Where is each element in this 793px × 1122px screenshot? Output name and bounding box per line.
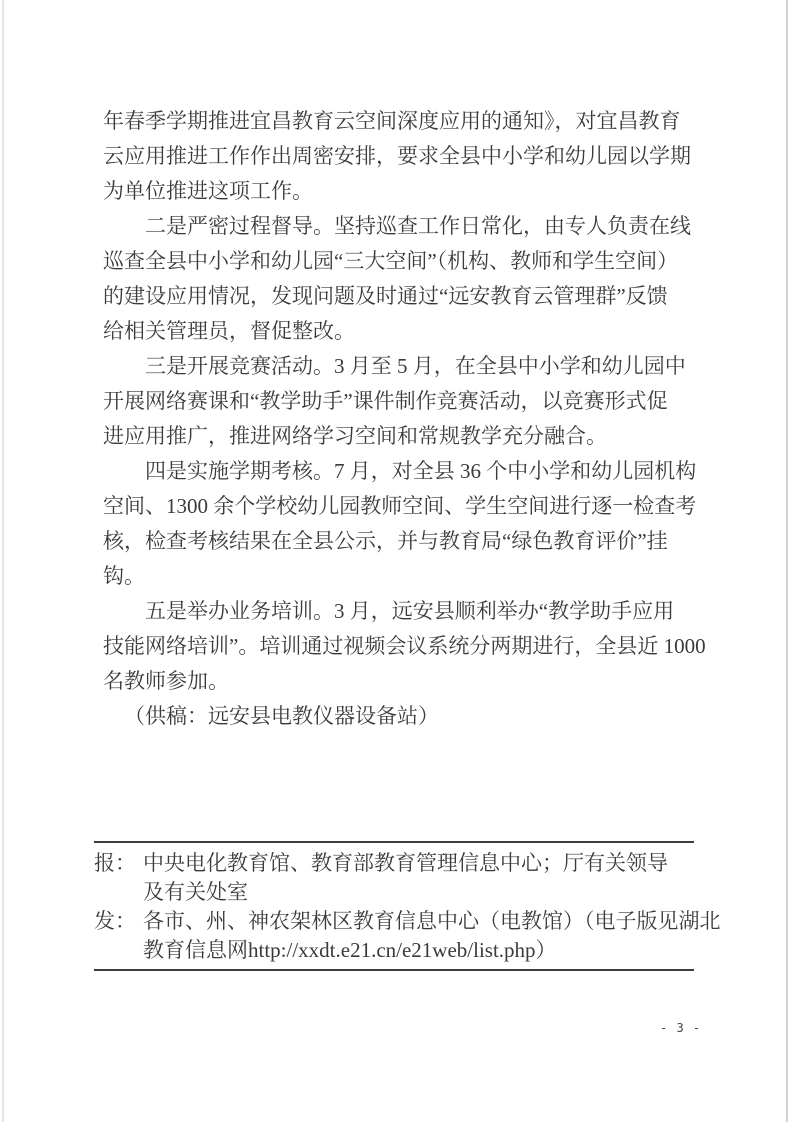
text-line: 的建设应用情况，发现问题及时通过“远安教育云管理群”反馈 xyxy=(103,279,695,314)
footer-entry-distribute: 发： 各市、州、神农架林区教育信息中心（电教馆）（电子版见湖北教育信息网http… xyxy=(94,907,694,965)
text-line: 空间、1300 余个学校幼儿园教师空间、学生空间进行逐一检查考 xyxy=(103,489,695,524)
text-line: 中央电化教育馆、教育部教育管理信息中心；厅有关领导 xyxy=(143,849,694,878)
document-body: 年春季学期推进宜昌教育云空间深度应用的通知》，对宜昌教育云应用推进工作作出周密安… xyxy=(103,104,695,699)
text-line: 及有关处室 xyxy=(143,878,694,907)
scanned-document-page: 年春季学期推进宜昌教育云空间深度应用的通知》，对宜昌教育云应用推进工作作出周密安… xyxy=(0,0,793,1122)
text-line: 名教师参加。 xyxy=(103,664,695,699)
body-paragraph: 年春季学期推进宜昌教育云空间深度应用的通知》，对宜昌教育云应用推进工作作出周密安… xyxy=(103,104,695,209)
text-line: 各市、州、神农架林区教育信息中心（电教馆）（电子版见湖北 xyxy=(143,907,721,936)
footer-content-report: 中央电化教育馆、教育部教育管理信息中心；厅有关领导及有关处室 xyxy=(143,849,694,907)
body-paragraph: 三是开展竞赛活动。3 月至 5 月，在全县中小学和幼儿园中开展网络赛课和“教学助… xyxy=(103,349,695,454)
text-line: 核，检查考核结果在全县公示，并与教育局“绿色教育评价”挂 xyxy=(103,524,695,559)
page-number: - 3 - xyxy=(660,1021,701,1035)
distribution-footer: 报： 中央电化教育馆、教育部教育管理信息中心；厅有关领导及有关处室 发： 各市、… xyxy=(94,841,694,971)
scan-artifact-right-edge xyxy=(786,0,788,1122)
body-paragraph: 二是严密过程督导。坚持巡查工作日常化，由专人负责在线巡查全县中小学和幼儿园“三大… xyxy=(103,209,695,349)
scan-artifact-left-edge xyxy=(2,0,4,1122)
text-line: 钩。 xyxy=(103,559,695,594)
body-paragraph: 五是举办业务培训。3 月，远安县顺利举办“教学助手应用技能网络培训”。培训通过视… xyxy=(103,594,695,699)
text-line: 四是实施学期考核。7 月，对全县 36 个中小学和幼儿园机构 xyxy=(103,454,695,489)
footer-entry-report: 报： 中央电化教育馆、教育部教育管理信息中心；厅有关领导及有关处室 xyxy=(94,849,694,907)
body-paragraph: 四是实施学期考核。7 月，对全县 36 个中小学和幼儿园机构空间、1300 余个… xyxy=(103,454,695,594)
text-line: 二是严密过程督导。坚持巡查工作日常化，由专人负责在线 xyxy=(103,209,695,244)
text-line: 云应用推进工作作出周密安排，要求全县中小学和幼儿园以学期 xyxy=(103,139,695,174)
attribution-line: （供稿：远安县电教仪器设备站） xyxy=(103,699,695,734)
footer-label-distribute: 发： xyxy=(94,907,143,936)
text-line: 五是举办业务培训。3 月，远安县顺利举办“教学助手应用 xyxy=(103,594,695,629)
footer-content-distribute: 各市、州、神农架林区教育信息中心（电教馆）（电子版见湖北教育信息网http://… xyxy=(143,907,721,965)
text-line: 巡查全县中小学和幼儿园“三大空间”（机构、教师和学生空间） xyxy=(103,244,695,279)
text-line: 三是开展竞赛活动。3 月至 5 月，在全县中小学和幼儿园中 xyxy=(103,349,695,384)
text-line: 技能网络培训”。培训通过视频会议系统分两期进行，全县近 1000 xyxy=(103,629,695,664)
text-line: 给相关管理员，督促整改。 xyxy=(103,314,695,349)
text-line: 教育信息网http://xxdt.e21.cn/e21web/list.php） xyxy=(143,936,721,965)
text-line: 进应用推广，推进网络学习空间和常规教学充分融合。 xyxy=(103,419,695,454)
footer-label-report: 报： xyxy=(94,849,143,878)
text-line: 年春季学期推进宜昌教育云空间深度应用的通知》，对宜昌教育 xyxy=(103,104,695,139)
text-line: 开展网络赛课和“教学助手”课件制作竞赛活动，以竞赛形式促 xyxy=(103,384,695,419)
text-line: 为单位推进这项工作。 xyxy=(103,174,695,209)
